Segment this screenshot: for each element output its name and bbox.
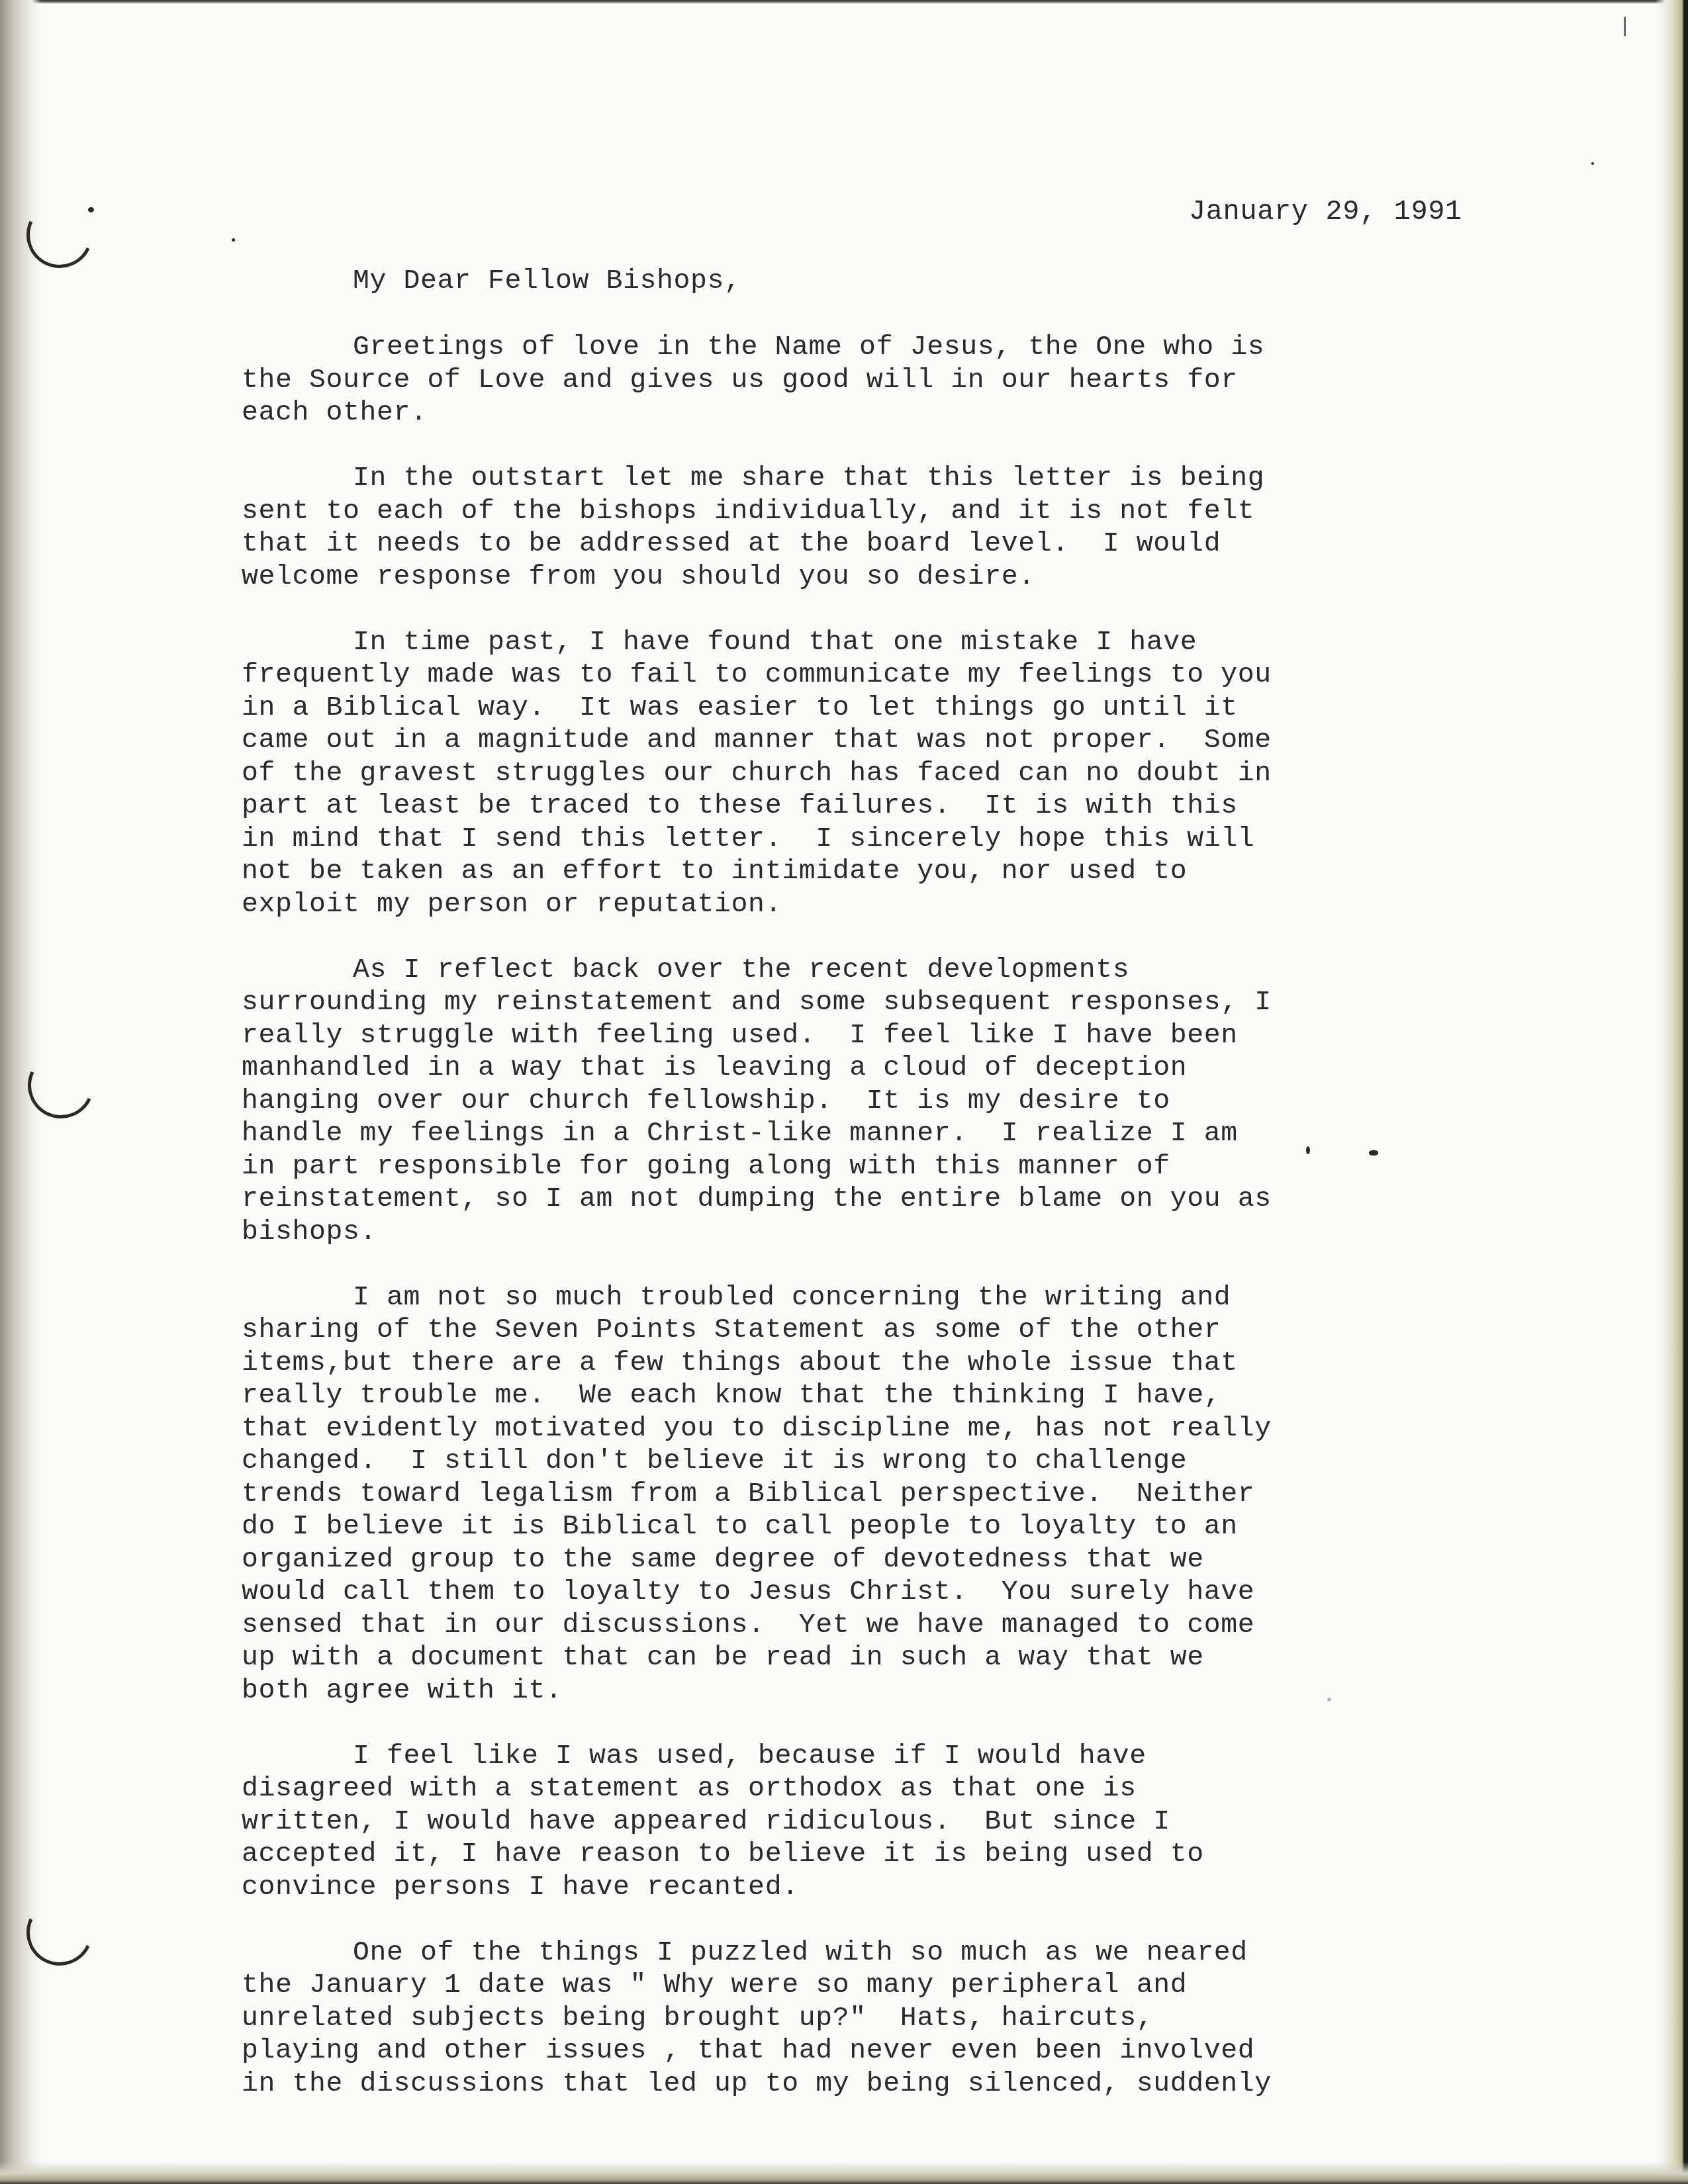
letter-line: really struggle with feeling used. I fee… <box>242 1019 1272 1052</box>
letter-line: in part responsible for going along with… <box>242 1150 1272 1183</box>
letter-paragraph: As I reflect back over the recent develo… <box>242 954 1272 1249</box>
letter-line: frequently made was to fail to communica… <box>242 659 1272 692</box>
letter-line: the January 1 date was " Why were so man… <box>242 1969 1272 2002</box>
letter-line: that evidently motivated you to discipli… <box>242 1412 1272 1445</box>
letter-line: As I reflect back over the recent develo… <box>242 954 1272 987</box>
letter-line: manhandled in a way that is leaving a cl… <box>242 1052 1272 1085</box>
letter-body: Greetings of love in the Name of Jesus, … <box>242 331 1272 2133</box>
scan-speck <box>1591 162 1594 165</box>
scan-speck <box>1306 1146 1310 1154</box>
letter-line: I feel like I was used, because if I wou… <box>242 1740 1272 1773</box>
letter-line: really trouble me. We each know that the… <box>242 1379 1272 1412</box>
scan-speck <box>232 238 235 242</box>
scan-right-edge <box>1655 0 1688 2184</box>
letter-line: hanging over our church fellowship. It i… <box>242 1085 1272 1118</box>
letter-line: exploit my person or reputation. <box>242 888 1272 921</box>
scan-top-edge <box>0 0 1688 4</box>
scan-speck <box>1327 1698 1331 1702</box>
letter-paragraph: In time past, I have found that one mist… <box>242 626 1272 921</box>
letter-line: of the gravest struggles our church has … <box>242 757 1272 790</box>
letter-line: trends toward legalism from a Biblical p… <box>242 1478 1272 1511</box>
letter-line: written, I would have appeared ridiculou… <box>242 1805 1272 1839</box>
letter-paragraph: In the outstart let me share that this l… <box>242 462 1272 593</box>
letter-line: bishops. <box>242 1216 1272 1249</box>
letter-line: do I believe it is Biblical to call peop… <box>242 1510 1272 1543</box>
letter-line: welcome response from you should you so … <box>242 561 1272 594</box>
letter-line: in the discussions that led up to my bei… <box>242 2068 1272 2101</box>
letter-line: would call them to loyalty to Jesus Chri… <box>242 1576 1272 1609</box>
letter-line: I am not so much troubled concerning the… <box>242 1281 1272 1314</box>
letter-salutation: My Dear Fellow Bishops, <box>353 265 741 298</box>
letter-line: items,but there are a few things about t… <box>242 1347 1272 1380</box>
letter-line: accepted it, I have reason to believe it… <box>242 1838 1272 1871</box>
letter-line: disagreed with a statement as orthodox a… <box>242 1772 1272 1805</box>
letter-line: in mind that I send this letter. I since… <box>242 823 1272 856</box>
letter-line: organized group to the same degree of de… <box>242 1543 1272 1576</box>
letter-line: Greetings of love in the Name of Jesus, … <box>242 331 1272 364</box>
letter-paragraph: One of the things I puzzled with so much… <box>242 1936 1272 2101</box>
letter-line: In the outstart let me share that this l… <box>242 462 1272 495</box>
letter-line: handle my feelings in a Christ-like mann… <box>242 1117 1272 1150</box>
letter-line: sent to each of the bishops individually… <box>242 495 1272 528</box>
scan-speck <box>88 207 94 212</box>
letter-line: each other. <box>242 396 1272 430</box>
letter-line: that it needs to be addressed at the boa… <box>242 527 1272 561</box>
scanned-letter-page: January 29, 1991 My Dear Fellow Bishops,… <box>0 0 1688 2184</box>
letter-line: not be taken as an effort to intimidate … <box>242 855 1272 888</box>
letter-line: part at least be traced to these failure… <box>242 790 1272 823</box>
scan-speck <box>1624 17 1626 36</box>
letter-line: playing and other issues , that had neve… <box>242 2034 1272 2068</box>
letter-line: convince persons I have recanted. <box>242 1871 1272 1904</box>
letter-paragraph: Greetings of love in the Name of Jesus, … <box>242 331 1272 430</box>
letter-line: came out in a magnitude and manner that … <box>242 724 1272 757</box>
letter-line: up with a document that can be read in s… <box>242 1641 1272 1674</box>
letter-line: in a Biblical way. It was easier to let … <box>242 692 1272 725</box>
letter-line: reinstatement, so I am not dumping the e… <box>242 1183 1272 1216</box>
scan-speck <box>1369 1150 1378 1156</box>
letter-line: sharing of the Seven Points Statement as… <box>242 1314 1272 1347</box>
letter-line: unrelated subjects being brought up?" Ha… <box>242 2002 1272 2035</box>
letter-line: both agree with it. <box>242 1674 1272 1707</box>
letter-line: sensed that in our discussions. Yet we h… <box>242 1609 1272 1642</box>
letter-line: the Source of Love and gives us good wil… <box>242 364 1272 397</box>
letter-line: One of the things I puzzled with so much… <box>242 1936 1272 1970</box>
letter-line: surrounding my reinstatement and some su… <box>242 986 1272 1019</box>
letter-date: January 29, 1991 <box>1189 196 1462 229</box>
scan-bottom-edge <box>0 2161 1688 2184</box>
letter-paragraph: I feel like I was used, because if I wou… <box>242 1740 1272 1904</box>
letter-line: In time past, I have found that one mist… <box>242 626 1272 659</box>
letter-paragraph: I am not so much troubled concerning the… <box>242 1281 1272 1707</box>
letter-line: changed. I still don't believe it is wro… <box>242 1445 1272 1478</box>
